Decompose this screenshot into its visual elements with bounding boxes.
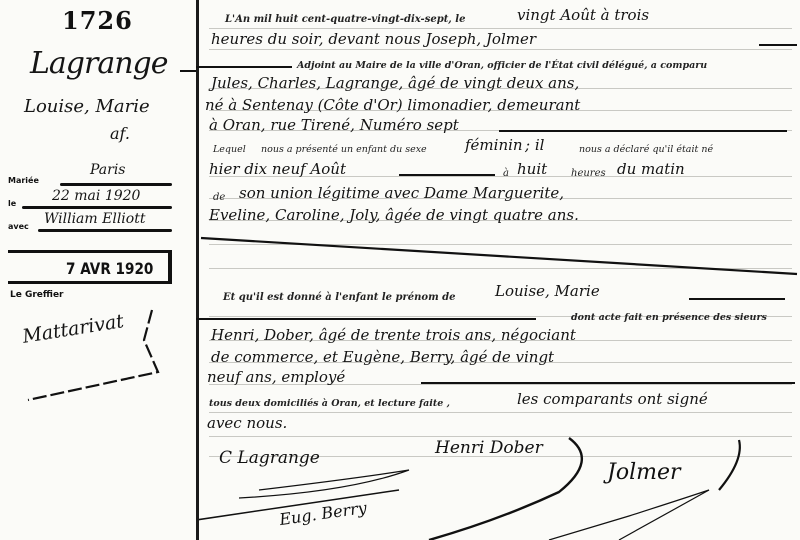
- printed-domiciled: tous deux domiciliés à Oran, et lecture …: [209, 398, 450, 409]
- married-date-label: le: [8, 199, 16, 208]
- spouse-name: William Elliott: [44, 211, 145, 227]
- printed-lequel: Lequel: [213, 144, 246, 155]
- hw-child-sex: féminin: [465, 136, 523, 154]
- spouse-line: [38, 229, 172, 232]
- hw-mother-union: son union légitime avec Dame Marguerite,: [239, 184, 564, 202]
- hw-witness2-profession: neuf ans, employé: [207, 368, 345, 386]
- printed-adjoint: Adjoint au Maire de la ville d'Oran, off…: [297, 60, 707, 71]
- greffier-flourish: [8, 300, 178, 410]
- printed-declared-born: nous a déclaré qu'il était né: [579, 144, 713, 155]
- spouse-label: avec: [8, 222, 29, 231]
- registration-stamp: 7 AVR 1920: [8, 250, 170, 284]
- fill-dash: [399, 174, 495, 176]
- margin-given-names: Louise, Marie: [24, 96, 150, 117]
- fill-dash: [196, 66, 292, 68]
- printed-year-intro: L'An mil huit cent-quatre-vingt-dix-sept…: [225, 14, 465, 25]
- greffier-label: Le Greffier: [10, 290, 63, 300]
- hw-du-matin: du matin: [617, 160, 685, 178]
- married-place-line: [60, 183, 172, 186]
- fill-dash: [196, 318, 536, 320]
- fill-dash: [499, 130, 787, 132]
- fill-dash: [689, 298, 785, 300]
- margin-surname: Lagrange: [30, 46, 168, 81]
- hw-birth-hour: huit: [517, 160, 547, 178]
- married-label: Mariée: [8, 176, 39, 185]
- hw-il: ; il: [525, 136, 544, 154]
- signature-flourishes: [199, 420, 800, 540]
- hw-signed: les comparants ont signé: [517, 390, 708, 408]
- margin-column: 1726 Lagrange Louise, Marie af. Mariée P…: [0, 0, 196, 540]
- hw-father-address: à Oran, rue Tirené, Numéro sept: [209, 116, 459, 134]
- hw-father-birthplace: né à Sentenay (Côte d'Or) limonadier, de…: [205, 96, 580, 114]
- surname-dash: [180, 70, 196, 72]
- stamp-date: 7 AVR 1920: [66, 259, 153, 278]
- hw-child-name: Louise, Marie: [495, 282, 600, 300]
- act-body: L'An mil huit cent-quatre-vingt-dix-sept…: [199, 0, 800, 540]
- printed-presented-child: nous a présenté un enfant du sexe: [261, 144, 427, 155]
- hw-witness1: Henri, Dober, âgé de trente trois ans, n…: [211, 326, 576, 344]
- hw-birth-day: hier dix neuf Août: [209, 160, 346, 178]
- printed-a: à: [503, 168, 509, 179]
- printed-witnesses-intro: dont acte fait en présence des sieurs: [571, 312, 767, 323]
- margin-suffix: af.: [110, 124, 130, 143]
- separator-line: [199, 236, 800, 276]
- fill-dash: [759, 44, 797, 46]
- fill-dash: [421, 382, 795, 384]
- married-place: Paris: [90, 162, 126, 178]
- registry-page: 1726 Lagrange Louise, Marie af. Mariée P…: [0, 0, 800, 540]
- married-date-line: [22, 206, 172, 209]
- hw-witness2: de commerce, et Eugène, Berry, âgé de vi…: [211, 348, 554, 366]
- hw-hour-officer: heures du soir, devant nous Joseph, Jolm…: [211, 30, 536, 48]
- hw-father-identity: Jules, Charles, Lagrange, âgé de vingt d…: [211, 74, 579, 92]
- married-date: 22 mai 1920: [52, 188, 140, 204]
- act-number: 1726: [62, 6, 133, 35]
- printed-heures: heures: [571, 168, 606, 179]
- hw-mother-identity: Eveline, Caroline, Joly, âgée de vingt q…: [209, 206, 579, 224]
- printed-prenom: Et qu'il est donné à l'enfant le prénom …: [223, 292, 456, 303]
- printed-de: de: [213, 192, 225, 203]
- hw-birth-date-registration: vingt Août à trois: [517, 6, 649, 24]
